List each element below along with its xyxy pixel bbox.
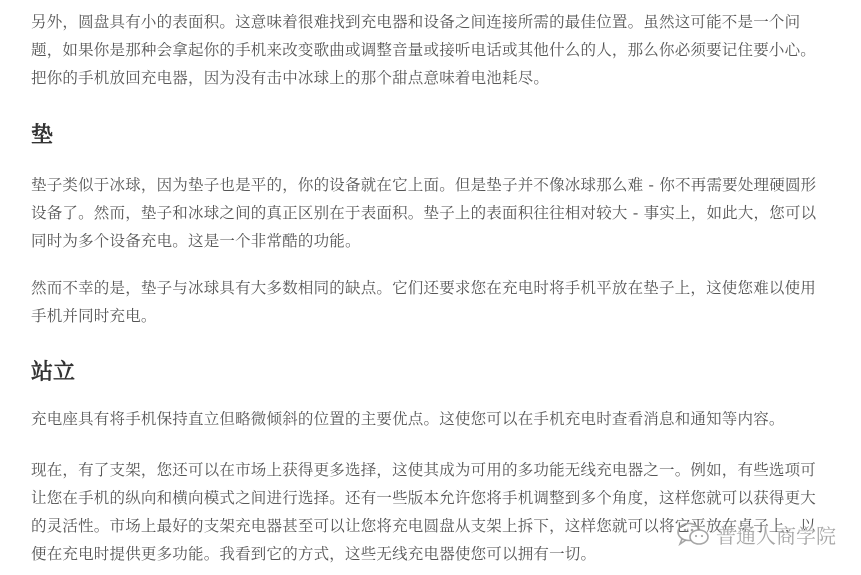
section-heading-stand: 站立 xyxy=(31,358,75,388)
paragraph-intro: 另外，圆盘具有小的表面积。这意味着很难找到充电器和设备之间连接所需的最佳位置。虽… xyxy=(31,8,841,92)
paragraph-mat-1: 垫子类似于冰球，因为垫子也是平的，你的设备就在它上面。但是垫子并不像冰球那么难 … xyxy=(31,171,841,255)
text-line: 设备了。然而，垫子和冰球之间的真正区别在于表面积。垫子上的表面积往往相对较大 -… xyxy=(31,199,841,227)
text-line: 同时为多个设备充电。这是一个非常酷的功能。 xyxy=(31,227,841,255)
watermark-text: 普通人商学院 xyxy=(716,520,836,549)
text-line: 现在，有了支架，您还可以在市场上获得更多选择，这使其成为可用的多功能无线充电器之… xyxy=(31,456,841,484)
wechat-icon xyxy=(676,522,710,548)
paragraph-stand-2: 现在，有了支架，您还可以在市场上获得更多选择，这使其成为可用的多功能无线充电器之… xyxy=(31,456,841,568)
text-line: 把你的手机放回充电器，因为没有击中冰球上的那个甜点意味着电池耗尽。 xyxy=(31,64,841,92)
paragraph-stand-1: 充电座具有将手机保持直立但略微倾斜的位置的主要优点。这使您可以在手机充电时查看消… xyxy=(31,405,841,433)
text-line: 题，如果你是那种会拿起你的手机来改变歌曲或调整音量或接听电话或其他什么的人，那么… xyxy=(31,36,841,64)
text-line: 手机并同时充电。 xyxy=(31,302,841,330)
section-heading-mat: 垫 xyxy=(31,121,53,151)
watermark: 普通人商学院 xyxy=(676,520,836,549)
paragraph-mat-2: 然而不幸的是，垫子与冰球具有大多数相同的缺点。它们还要求您在充电时将手机平放在垫… xyxy=(31,274,841,330)
text-line: 垫子类似于冰球，因为垫子也是平的，你的设备就在它上面。但是垫子并不像冰球那么难 … xyxy=(31,171,841,199)
text-line: 另外，圆盘具有小的表面积。这意味着很难找到充电器和设备之间连接所需的最佳位置。虽… xyxy=(31,8,841,36)
text-line: 充电座具有将手机保持直立但略微倾斜的位置的主要优点。这使您可以在手机充电时查看消… xyxy=(31,405,841,433)
text-line: 让您在手机的纵向和横向模式之间进行选择。还有一些版本允许您将手机调整到多个角度，… xyxy=(31,484,841,512)
text-line: 然而不幸的是，垫子与冰球具有大多数相同的缺点。它们还要求您在充电时将手机平放在垫… xyxy=(31,274,841,302)
